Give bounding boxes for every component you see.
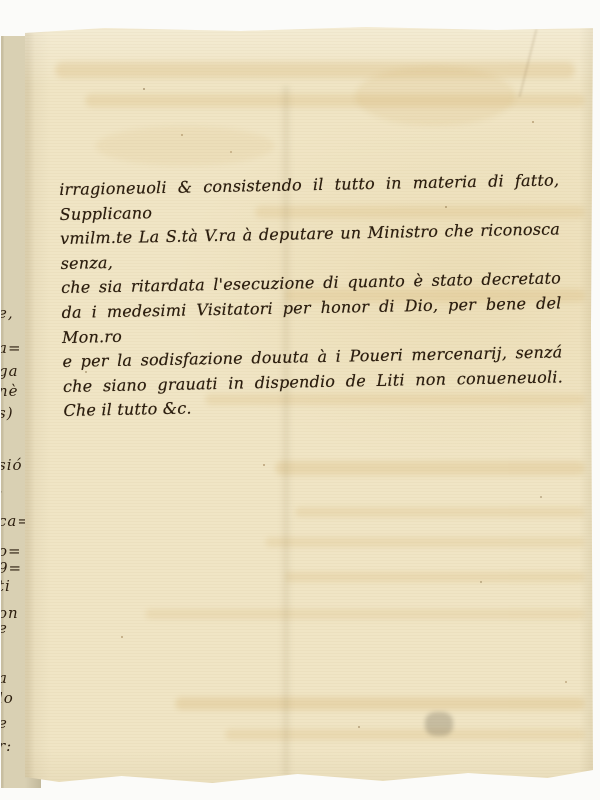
stain-band (275, 461, 585, 475)
margin-fragment: sió (1, 457, 23, 473)
margin-fragment: e (1, 620, 8, 636)
margin-fragment: lo (1, 690, 14, 706)
stain-band (145, 609, 585, 619)
margin-fragment: a (1, 670, 8, 686)
manuscript-page: irragioneuoli & consistendo il tutto in … (25, 26, 593, 788)
margin-fragment: ti (1, 578, 11, 594)
margin-fragment: e (1, 715, 8, 731)
corner-crease (519, 29, 538, 97)
margin-fragment: o= (1, 543, 22, 559)
handwritten-text-block: irragioneuoli & consistendo il tutto in … (59, 168, 564, 423)
stain-band (265, 537, 585, 547)
stain-band (295, 507, 585, 517)
stain-band (225, 729, 585, 740)
paper-speckles (25, 26, 27, 28)
margin-fragment: r: (1, 738, 12, 754)
margin-fragment: 9= (1, 560, 22, 576)
stain-band (285, 572, 585, 582)
margin-fragment: s) (1, 405, 14, 421)
margin-fragment: nè (1, 383, 19, 399)
margin-fragment: . (1, 480, 4, 496)
margin-fragment: e, (1, 305, 14, 321)
stain-blotch (95, 126, 275, 166)
stain-band (85, 94, 585, 107)
stain-band (175, 697, 585, 710)
scanned-manuscript: { "colors":{ "scanner_background":"#fbfb… (0, 0, 600, 800)
stain-blotch (355, 66, 515, 126)
ink-smudge (425, 712, 453, 736)
margin-fragment: a= (1, 340, 22, 356)
stain-band (55, 62, 575, 78)
margin-fragment: ga (1, 363, 19, 379)
